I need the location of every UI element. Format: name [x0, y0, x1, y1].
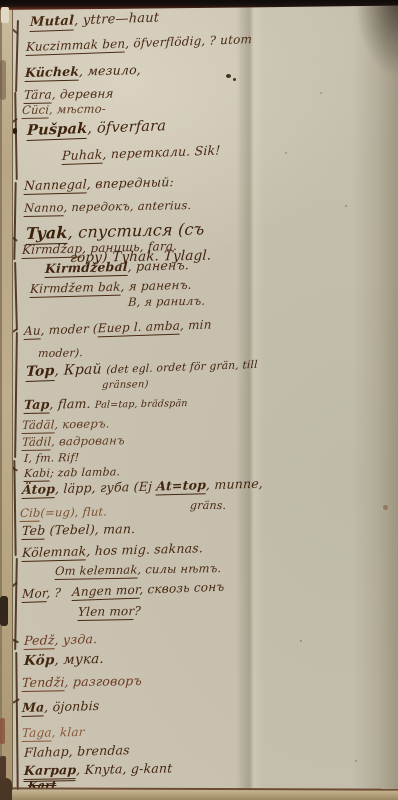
manuscript-line: Tyak, спустился (съ — [26, 221, 205, 242]
manuscript-text: Ätop — [22, 481, 56, 499]
manuscript-line: Tära, деревня — [24, 87, 114, 101]
manuscript-line: Mor, ? — [22, 587, 62, 600]
manuscript-text: , klar — [52, 725, 86, 740]
left-edge-notch — [1, 7, 9, 23]
manuscript-text: Pal=tap, brädspän — [95, 398, 188, 411]
manuscript-text: Top — [26, 363, 55, 382]
manuscript-text: Flahap — [24, 744, 69, 760]
manuscript-line: Au, moder (Euep l. amba, min — [24, 318, 212, 337]
manuscript-text: , я раненъ. — [120, 278, 192, 294]
manuscript-text: Mor — [22, 586, 47, 603]
manuscript-text: , öfverfara — [87, 118, 166, 137]
manuscript-text: At=top — [156, 477, 207, 495]
manuscript-text: Kuczimmak ben — [26, 37, 126, 56]
manuscript-line: Ätop, läpp, губа (Ej At=top, munne, — [22, 478, 264, 497]
manuscript-text: I, fm. Rif! — [24, 451, 80, 465]
manuscript-text: Angen mor — [72, 583, 140, 601]
manuscript-text: Ylen mor — [78, 604, 135, 621]
manuscript-text: , силы нѣтъ. — [137, 561, 222, 576]
manuscript-line: Tap, flam. Pal=tap, brädspän — [24, 396, 188, 411]
manuscript-line: Angen mor, сквозь сонъ — [72, 581, 225, 598]
manuscript-line: Ylen mor? — [78, 605, 142, 618]
manuscript-text: , мѣсто- — [49, 102, 106, 117]
manuscript-line: Nannegal, впередный: — [24, 176, 175, 192]
manuscript-line: Küchek, мезило, — [25, 64, 142, 80]
manuscript-text: , вадрованъ — [51, 433, 125, 448]
manuscript-text: , деревня — [52, 86, 114, 101]
manuscript-text: , Knyta, g-kant — [76, 760, 173, 777]
manuscript-text: , коверъ. — [54, 416, 110, 431]
manuscript-text: Cüci — [22, 103, 50, 119]
left-edge-stain — [0, 60, 6, 100]
manuscript-text: , moder ( — [41, 321, 99, 337]
manuscript-line: Flahap, brendas — [24, 744, 130, 759]
manuscript-line: Ma, öjonbis — [22, 700, 100, 715]
left-edge-dark-mark — [0, 596, 8, 626]
manuscript-photo: Mutal, yttre—hautKuczimmak ben, öfverflö… — [0, 0, 398, 800]
manuscript-line: Kuczimmak ben, öfverflödig, ? utom — [26, 33, 253, 53]
manuscript-line: Tendži, разговоръ — [22, 675, 143, 690]
manuscript-text: Au — [24, 323, 41, 340]
manuscript-text: , min — [180, 317, 212, 332]
manuscript-line: Om kelemnak, силы нѣтъ. — [55, 563, 222, 577]
manuscript-line: Tädil, вадрованъ — [22, 435, 125, 448]
manuscript-text: gräns. — [190, 499, 227, 512]
manuscript-text: Mutal — [30, 13, 75, 32]
manuscript-line: Nanno, передокъ, anterius. — [24, 200, 192, 214]
manuscript-text: , öjonbis — [44, 698, 100, 714]
manuscript-text: , munne, — [206, 476, 264, 493]
manuscript-line: Pušpak, öfverfara — [27, 119, 167, 138]
manuscript-line: gränsen) — [102, 380, 149, 391]
manuscript-text: Cib — [20, 506, 41, 522]
manuscript-line: gräns. — [190, 500, 227, 511]
manuscript-text: , впередный: — [87, 174, 175, 191]
manuscript-line: Cüci, мѣсто- — [22, 104, 106, 117]
manuscript-text: , läpp, губа (Ej — [55, 478, 157, 496]
manuscript-text: Kirmdžem bak — [30, 280, 121, 298]
manuscript-text: , hos mig. saknas. — [86, 540, 203, 558]
manuscript-text: (det egl. ordet för grän, till — [106, 358, 258, 376]
manuscript-line: Taga, klar — [22, 726, 85, 739]
manuscript-text: , flam. — [49, 396, 95, 412]
manuscript-text: Tendži — [22, 674, 65, 692]
manuscript-text: Nanno — [24, 200, 64, 217]
manuscript-text: Om kelemnak — [55, 563, 138, 580]
manuscript-text: , мука. — [54, 651, 104, 668]
manuscript-line: Kirmdžebal, раненъ. — [45, 259, 190, 275]
manuscript-text: Kirmdžebal — [45, 259, 129, 278]
manuscript-text: ? — [134, 604, 141, 618]
manuscript-text: Ma — [22, 699, 45, 717]
manuscript-line: I, fm. Rif! — [24, 452, 80, 464]
manuscript-text: Teb — [22, 523, 46, 540]
manuscript-text: , узда. — [54, 631, 97, 647]
manuscript-entries: Mutal, yttre—hautKuczimmak ben, öfverflö… — [0, 0, 398, 800]
left-edge-dark-mark — [0, 756, 6, 780]
manuscript-line: В, я ранилъ. — [128, 296, 206, 309]
manuscript-text: ; zab lamba. — [50, 465, 121, 479]
manuscript-text: Pušpak — [27, 120, 88, 141]
manuscript-text: Kirmdžap — [22, 241, 83, 259]
manuscript-line: Top, Край (det egl. ordet för grän, till — [26, 357, 258, 379]
top-right-corner-shadow — [354, 0, 398, 80]
manuscript-text: Tap — [24, 397, 50, 414]
manuscript-text: Köp — [24, 652, 55, 669]
manuscript-text: , brendas — [69, 742, 131, 759]
manuscript-text: , переткали. Sik! — [102, 142, 221, 161]
manuscript-line: Kirmdžem bak, я раненъ. — [30, 279, 192, 295]
left-edge-red-mark — [0, 718, 5, 744]
manuscript-line: Kabi; zab lamba. — [24, 466, 121, 479]
manuscript-line: Puhak, переткали. Sik! — [62, 144, 221, 162]
manuscript-text: , Край — [54, 361, 106, 379]
manuscript-text: , ? — [46, 586, 61, 601]
manuscript-line: Pedž, узда. — [24, 633, 98, 647]
manuscript-text: , спустился (съ — [67, 219, 205, 242]
manuscript-line: Mutal, yttre—haut — [30, 11, 160, 29]
manuscript-text: Tädäl — [22, 417, 55, 434]
manuscript-text: Kabi — [24, 467, 51, 482]
manuscript-text: Taga — [22, 725, 53, 742]
manuscript-line: Tädäl, коверъ. — [22, 418, 110, 431]
manuscript-text: (=ug), flut. — [40, 504, 107, 519]
manuscript-text: , раненъ. — [127, 257, 189, 274]
manuscript-text: , öfverflödig, ? utom — [125, 32, 252, 50]
bottom-left-corner-shadow — [0, 778, 12, 800]
manuscript-text: , ранишь, fara. — [82, 239, 178, 256]
manuscript-line: moder). — [38, 347, 84, 359]
manuscript-text: Küchek — [25, 64, 80, 82]
manuscript-text: Kölemnak — [22, 543, 87, 562]
manuscript-text: , передокъ, anterius. — [63, 198, 191, 214]
manuscript-text: Pedž — [24, 632, 55, 650]
manuscript-text: Nannegal — [24, 176, 88, 195]
manuscript-text: , yttre—haut — [74, 10, 160, 28]
manuscript-text: gränsen) — [102, 379, 149, 391]
manuscript-line: Teb (Tebel), man. — [22, 523, 136, 537]
manuscript-text: (Tebel), man. — [45, 521, 136, 538]
page-bottom-edge — [4, 790, 398, 800]
manuscript-text: Euep l. amba — [97, 319, 180, 338]
manuscript-line: Karpap, Knyta, g-kant — [24, 762, 173, 777]
manuscript-line: Kölemnak, hos mig. saknas. — [22, 542, 204, 559]
manuscript-line: Köp, мука. — [24, 653, 104, 669]
manuscript-line: Cib(=ug), flut. — [20, 506, 108, 519]
manuscript-text: moder). — [38, 346, 84, 360]
manuscript-text: , сквозь сонъ — [139, 580, 225, 597]
manuscript-text: Tädil — [22, 434, 52, 451]
manuscript-text: В, я ранилъ. — [128, 294, 206, 309]
manuscript-text: Puhak — [62, 147, 103, 165]
manuscript-text: , мезило, — [79, 62, 141, 79]
manuscript-text: , разговоръ — [64, 673, 142, 689]
page-stack-left-edge — [2, 6, 13, 800]
